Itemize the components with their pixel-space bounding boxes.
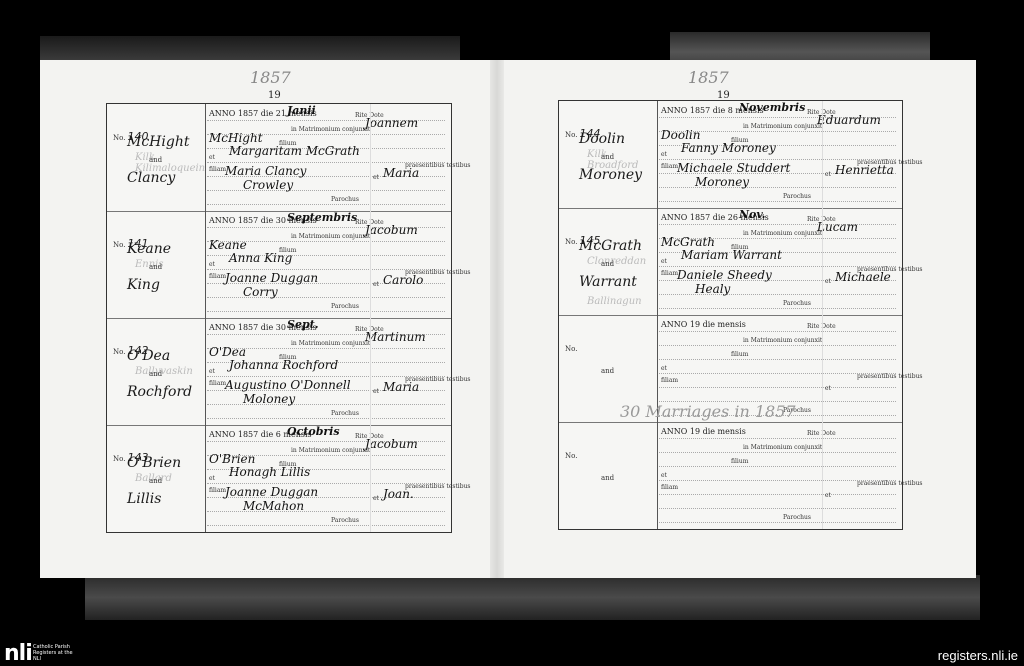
groom-full-surname: McGrath	[661, 235, 715, 249]
groom-residence-note: Ballyvaskin	[135, 366, 193, 377]
conjunxit-label: in Matrimonium conjunxit	[291, 126, 370, 133]
conjunxit-label: in Matrimonium conjunxit	[291, 447, 370, 454]
et-label: et	[661, 151, 667, 158]
et-label-2: et	[825, 171, 831, 178]
register-entry: No.144 Doolin Kilk Broadford and Moroney…	[559, 101, 902, 209]
groom-surname: Doolin	[579, 131, 625, 147]
groom-surname: O'Dea	[127, 348, 170, 364]
parochus-label: Parochus	[783, 193, 811, 200]
groom-first-name: Jacobum	[365, 437, 418, 451]
book-spine	[490, 60, 504, 578]
groom-full-surname: O'Dea	[209, 345, 246, 359]
groom-residence-note: Clonreddan	[587, 256, 646, 267]
registers-url[interactable]: registers.nli.ie	[938, 648, 1018, 663]
witness-1: Joanne Duggan	[225, 485, 318, 499]
conjunxit-label: in Matrimonium conjunxit	[291, 233, 370, 240]
groom-surname: Keane	[127, 241, 171, 257]
register-entry: No. and ANNO 19 die mensis Rite Dote in …	[559, 422, 902, 529]
bride-full-name: Margaritam McGrath	[229, 144, 360, 158]
et-label-2: et	[825, 492, 831, 499]
left-register-table: No.140 McHight Kilk Kilimaloquein and Cl…	[106, 103, 452, 533]
entry-names-column: No. and	[559, 422, 658, 529]
et-label: et	[209, 154, 215, 161]
entry-names-column: No.142 O'Dea Ballyvaskin and Rochford	[107, 318, 206, 425]
bride-surname: Moroney	[579, 167, 642, 183]
groom-first-name: Lucam	[817, 220, 858, 234]
parochus-label: Parochus	[783, 300, 811, 307]
witness-2: Maria	[383, 166, 419, 180]
bride-full-name: Honagh Lillis	[229, 465, 310, 479]
witness-2: Maria	[383, 380, 419, 394]
parochus-label: Parochus	[331, 410, 359, 417]
et-label-2: et	[373, 388, 379, 395]
marriage-month: Nov.	[739, 208, 766, 221]
bride-full-name: Mariam Warrant	[681, 248, 782, 262]
marriage-month: Janii	[287, 104, 316, 117]
and-label: and	[149, 370, 162, 378]
groom-full-surname: Doolin	[661, 128, 700, 142]
entry-details-column: ANNO 1857 die 30 mensis Septembris Rite …	[205, 211, 451, 318]
groom-first-name: Joannem	[365, 116, 418, 130]
praesentibus-testibus-label: praesentibus testibus	[405, 483, 471, 490]
et-label-2: et	[825, 278, 831, 285]
bride-full-name: Fanny Moroney	[681, 141, 776, 155]
filiam-label: filiam	[661, 377, 678, 384]
groom-full-surname: O'Brien	[209, 452, 255, 466]
bride-residence-note: Ballinagun	[587, 296, 642, 307]
filium-label: filium	[731, 458, 748, 465]
et-label: et	[209, 368, 215, 375]
witness-1-surname: Moroney	[695, 175, 749, 189]
conjunxit-label: in Matrimonium conjunxit	[743, 230, 822, 237]
left-page-year: 1857	[250, 68, 291, 87]
conjunxit-label: in Matrimonium conjunxit	[743, 123, 822, 130]
parochus-label: Parochus	[331, 303, 359, 310]
groom-surname: McGrath	[579, 238, 642, 254]
register-entry: No.141 Keane Ennis and King ANNO 1857 di…	[107, 211, 451, 319]
bride-surname: King	[127, 277, 160, 293]
register-entry: No.143 O'Brien Ballard and Lillis ANNO 1…	[107, 425, 451, 532]
entry-details-column: ANNO 1857 die 6 mensis Octobris Rite Dot…	[205, 425, 451, 532]
bride-surname: Clancy	[127, 170, 175, 186]
et-label: et	[661, 258, 667, 265]
entry-names-column: No.144 Doolin Kilk Broadford and Moroney	[559, 101, 658, 208]
et-label: et	[209, 475, 215, 482]
filiam-label: filiam	[661, 484, 678, 491]
witness-1: Joanne Duggan	[225, 271, 318, 285]
filiam-label: filiam	[661, 270, 678, 277]
left-page-number: 19	[268, 90, 281, 101]
marriage-month: Septembris	[287, 211, 357, 224]
witness-1: Augustino O'Donnell	[225, 378, 351, 392]
groom-first-name: Jacobum	[365, 223, 418, 237]
witness-1-surname: McMahon	[243, 499, 304, 513]
bride-surname: Lillis	[127, 491, 161, 507]
register-entry: No.145 McGrath Clonreddan and Warrant Ba…	[559, 208, 902, 316]
groom-full-surname: Keane	[209, 238, 247, 252]
et-label-2: et	[373, 281, 379, 288]
and-label: and	[149, 263, 162, 271]
book-binding-bottom	[85, 575, 980, 620]
right-page-year: 1857	[688, 68, 729, 87]
witness-1: Maria Clancy	[225, 164, 306, 178]
nli-logo: nli	[4, 641, 32, 666]
et-label: et	[661, 472, 667, 479]
conjunxit-label: in Matrimonium conjunxit	[291, 340, 370, 347]
witness-1-surname: Corry	[243, 285, 278, 299]
entry-names-column: No.145 McGrath Clonreddan and Warrant Ba…	[559, 208, 658, 315]
parochus-label: Parochus	[331, 517, 359, 524]
right-register-table: No.144 Doolin Kilk Broadford and Moroney…	[558, 100, 903, 530]
bride-surname: Rochford	[127, 384, 192, 400]
praesentibus-testibus-label: praesentibus testibus	[857, 480, 923, 487]
et-label: et	[209, 261, 215, 268]
entry-details-column: ANNO 1857 die 30 mensis Sept. Rite Dote …	[205, 318, 451, 425]
entry-number: No.	[565, 448, 579, 461]
marriage-month: Novembris	[739, 101, 805, 114]
witness-2: Henrietta	[835, 163, 894, 177]
and-label: and	[601, 153, 614, 161]
et-label-2: et	[825, 385, 831, 392]
register-entry: No.142 O'Dea Ballyvaskin and Rochford AN…	[107, 318, 451, 426]
entry-names-column: No.141 Keane Ennis and King	[107, 211, 206, 318]
filiam-label: filiam	[661, 163, 678, 170]
bride-surname: Warrant	[579, 274, 637, 290]
witness-1-surname: Moloney	[243, 392, 295, 406]
witness-1: Daniele Sheedy	[677, 268, 772, 282]
entry-details-column: ANNO 19 die mensis Rite Dote in Matrimon…	[657, 422, 902, 529]
groom-first-name: Eduardum	[817, 113, 881, 127]
and-label: and	[149, 477, 162, 485]
groom-full-surname: McHight	[209, 131, 263, 145]
and-label: and	[149, 156, 162, 164]
groom-surname: O'Brien	[127, 455, 181, 471]
filiam-label: filiam	[209, 487, 226, 494]
groom-first-name: Martinum	[365, 330, 426, 344]
et-label-2: et	[373, 174, 379, 181]
total-marriages-note: 30 Marriages in 1857	[620, 402, 796, 421]
bride-full-name: Johanna Rochford	[229, 358, 338, 372]
parochus-label: Parochus	[783, 514, 811, 521]
and-label: and	[601, 474, 614, 482]
entry-details-column: ANNO 1857 die 8 mensis Novembris Rite Do…	[657, 101, 902, 208]
entry-names-column: No.140 McHight Kilk Kilimaloquein and Cl…	[107, 104, 206, 211]
filium-label: filium	[731, 351, 748, 358]
witness-2: Joan.	[383, 487, 414, 501]
et-label-2: et	[373, 495, 379, 502]
anno-label: ANNO 19 die mensis	[661, 320, 746, 329]
witness-1: Michaele Studdert	[677, 161, 790, 175]
and-label: and	[601, 260, 614, 268]
conjunxit-label: in Matrimonium conjunxit	[743, 444, 822, 451]
filiam-label: filiam	[209, 380, 226, 387]
bride-full-name: Anna King	[229, 251, 292, 265]
nli-logo-subtitle: Catholic Parish Registers at the NLI	[33, 644, 73, 662]
register-entry: No.140 McHight Kilk Kilimaloquein and Cl…	[107, 104, 451, 212]
entry-number: No.	[565, 341, 579, 354]
and-label: and	[601, 367, 614, 375]
groom-surname: McHight	[127, 134, 189, 150]
witness-1-surname: Crowley	[243, 178, 293, 192]
entry-names-column: No.143 O'Brien Ballard and Lillis	[107, 425, 206, 532]
witness-1-surname: Healy	[695, 282, 730, 296]
entry-details-column: ANNO 1857 die 21 mensis Janii Rite Dote …	[205, 104, 451, 211]
filiam-label: filiam	[209, 166, 226, 173]
witness-2: Michaele	[835, 270, 891, 284]
marriage-month: Sept.	[287, 318, 319, 331]
praesentibus-testibus-label: praesentibus testibus	[857, 373, 923, 380]
anno-label: ANNO 19 die mensis	[661, 427, 746, 436]
conjunxit-label: in Matrimonium conjunxit	[743, 337, 822, 344]
filiam-label: filiam	[209, 273, 226, 280]
parochus-label: Parochus	[331, 196, 359, 203]
et-label: et	[661, 365, 667, 372]
entry-details-column: ANNO 1857 die 26 mensis Nov. Rite Dote i…	[657, 208, 902, 315]
witness-2: Carolo	[383, 273, 423, 287]
marriage-month: Octobris	[287, 425, 340, 438]
